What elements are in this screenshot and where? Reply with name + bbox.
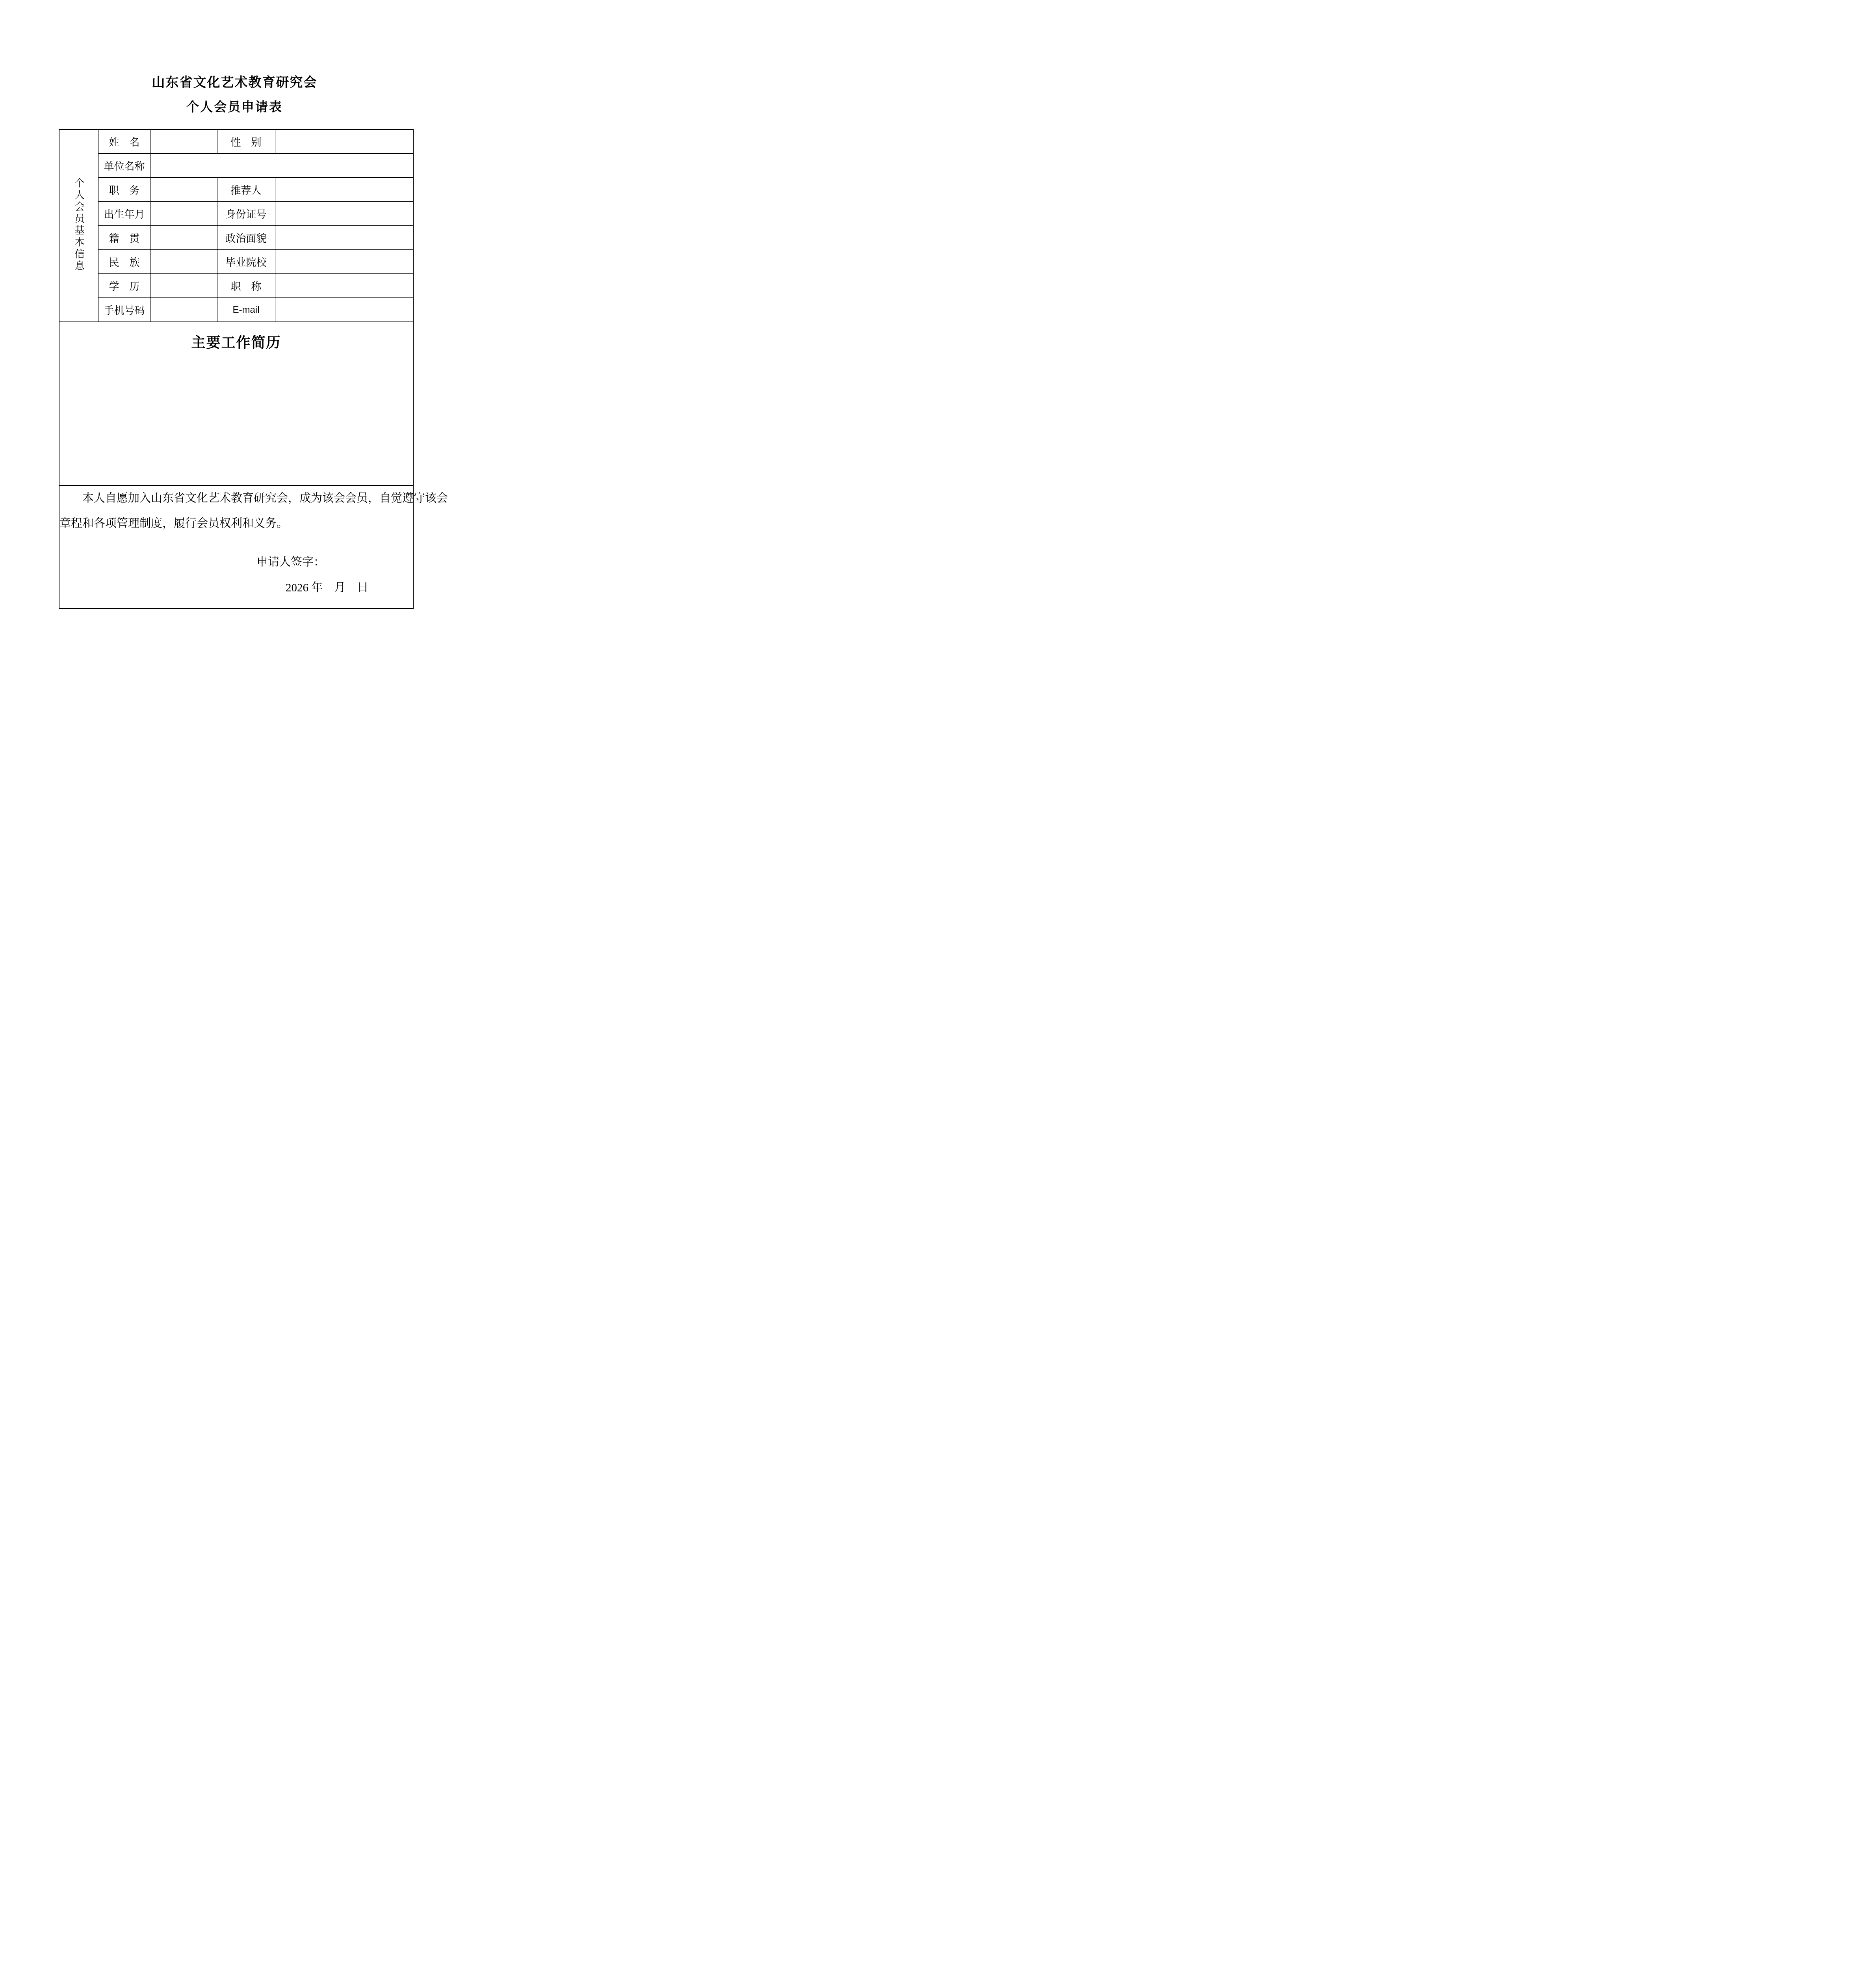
table-row: 手机号码 E-mail xyxy=(59,298,413,322)
member-info-table: 个人会员基本信息 姓 名 性 别 单位名称 职 务 推荐人 出生年月 身份证号 xyxy=(59,129,414,609)
field-label-education: 学 历 xyxy=(98,274,150,298)
field-input-email[interactable] xyxy=(275,298,413,322)
section-label-basic-info: 个人会员基本信息 xyxy=(59,130,98,322)
pledge-section-cell: 本人自愿加入山东省文化艺术教育研究会，成为该会会员，自觉遵守该会 章程和各项管理… xyxy=(59,485,413,608)
field-input-name[interactable] xyxy=(150,130,217,154)
table-row: 民 族 毕业院校 xyxy=(59,250,413,274)
field-input-referrer[interactable] xyxy=(275,178,413,202)
field-input-gender[interactable] xyxy=(275,130,413,154)
field-label-ethnicity: 民 族 xyxy=(98,250,150,274)
field-input-position[interactable] xyxy=(150,178,217,202)
field-label-alma-mater: 毕业院校 xyxy=(217,250,275,274)
field-label-name: 姓 名 xyxy=(98,130,150,154)
table-row: 主要工作简历 xyxy=(59,322,413,485)
table-row: 职 务 推荐人 xyxy=(59,178,413,202)
resume-section-title: 主要工作简历 xyxy=(59,332,413,352)
application-form-page: 山东省文化艺术教育研究会 个人会员申请表 个人会员基本信息 姓 名 性 别 单位… xyxy=(0,0,469,663)
applicant-signature-label: 申请人签字： xyxy=(256,556,325,569)
resume-section-cell[interactable]: 主要工作简历 xyxy=(59,322,413,485)
pledge-text-line2: 章程和各项管理制度，履行会员权利和义务。 xyxy=(59,511,413,536)
field-input-political-status[interactable] xyxy=(275,226,413,250)
field-label-work-unit: 单位名称 xyxy=(98,154,150,178)
signature-row: 申请人签字： xyxy=(59,556,413,569)
field-input-birth-date[interactable] xyxy=(150,202,217,226)
date-text: 2026 年 月 日 xyxy=(286,582,368,594)
field-input-professional-title[interactable] xyxy=(275,274,413,298)
field-input-education[interactable] xyxy=(150,274,217,298)
field-label-gender: 性 别 xyxy=(217,130,275,154)
page-subtitle: 个人会员申请表 xyxy=(0,97,469,115)
page-title: 山东省文化艺术教育研究会 xyxy=(0,72,469,91)
table-row: 单位名称 xyxy=(59,154,413,178)
table-row: 出生年月 身份证号 xyxy=(59,202,413,226)
field-label-referrer: 推荐人 xyxy=(217,178,275,202)
field-label-political-status: 政治面貌 xyxy=(217,226,275,250)
field-input-id-number[interactable] xyxy=(275,202,413,226)
field-label-professional-title: 职 称 xyxy=(217,274,275,298)
field-input-native-place[interactable] xyxy=(150,226,217,250)
field-input-ethnicity[interactable] xyxy=(150,250,217,274)
date-row: 2026 年 月 日 xyxy=(59,582,413,594)
field-label-mobile: 手机号码 xyxy=(98,298,150,322)
field-label-email: E-mail xyxy=(217,298,275,322)
table-row: 本人自愿加入山东省文化艺术教育研究会，成为该会会员，自觉遵守该会 章程和各项管理… xyxy=(59,485,413,608)
field-input-alma-mater[interactable] xyxy=(275,250,413,274)
field-label-position: 职 务 xyxy=(98,178,150,202)
field-input-mobile[interactable] xyxy=(150,298,217,322)
table-row: 籍 贯 政治面貌 xyxy=(59,226,413,250)
section-label-vertical-text: 个人会员基本信息 xyxy=(74,178,84,272)
table-row: 学 历 职 称 xyxy=(59,274,413,298)
field-label-id-number: 身份证号 xyxy=(217,202,275,226)
field-label-native-place: 籍 贯 xyxy=(98,226,150,250)
field-input-work-unit[interactable] xyxy=(150,154,413,178)
field-label-birth-date: 出生年月 xyxy=(98,202,150,226)
pledge-text-line1: 本人自愿加入山东省文化艺术教育研究会，成为该会会员，自觉遵守该会 xyxy=(59,486,413,511)
table-row: 个人会员基本信息 姓 名 性 别 xyxy=(59,130,413,154)
